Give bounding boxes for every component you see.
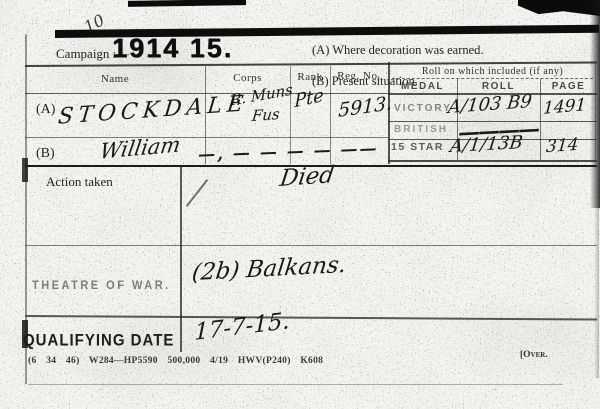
- qualifying-date-handwritten: 17-7-15.: [194, 308, 290, 346]
- medal-row-star-label: 15 STAR: [391, 141, 444, 153]
- grid-line: [25, 137, 388, 138]
- row-a-reg-no-handwritten: 5913.: [338, 92, 393, 122]
- grid-vline-action-divider: [180, 166, 182, 352]
- row-b-label: (B): [36, 146, 55, 162]
- qualifying-date-label: QUALIFYING DATE: [23, 331, 174, 350]
- medal-column-header: MEDAL: [388, 81, 457, 92]
- roll-included-header: Roll on which included (if any): [388, 66, 597, 77]
- medal-row-victory-page: 1491: [543, 95, 587, 119]
- where-decoration-note: (A) Where decoration was earned.: [312, 43, 484, 58]
- theatre-of-war-label: THEATRE OF WAR.: [32, 280, 171, 293]
- row-b-name-handwritten: William: [98, 132, 182, 163]
- column-header-reg-no: Reg. No.: [330, 70, 388, 82]
- grid-vline-right-edge: [595, 62, 596, 162]
- page-column-header: PAGE: [540, 81, 597, 92]
- scan-artifact-top-right-blob: [518, 0, 600, 16]
- rule-action-bottom: [25, 245, 597, 246]
- column-header-name: Name: [25, 73, 205, 85]
- row-a-name-handwritten: STOCKDALE: [57, 91, 249, 130]
- medal-row-star-roll: A/1/13B: [449, 132, 524, 157]
- action-taken-handwritten: Died: [278, 162, 336, 192]
- column-header-rank: Rank: [290, 71, 330, 83]
- action-taken-label: Action taken: [46, 174, 113, 190]
- row-a-rank-handwritten: Pte: [294, 85, 323, 113]
- scan-artifact-right-edge: [590, 0, 600, 208]
- scan-artifact-top-strip: [128, 0, 246, 7]
- grid-line: [388, 160, 597, 162]
- row-a-corps-line2-handwritten: Fus: [251, 105, 281, 125]
- roll-included-underline: [392, 78, 593, 79]
- medal-row-victory-roll: A/103 B9: [447, 91, 533, 118]
- medal-row-star-page: 314: [545, 135, 579, 157]
- over-note: [Over.: [520, 350, 548, 360]
- pen-slash-mark: [186, 179, 209, 207]
- card-bottom-edge: [28, 384, 563, 385]
- row-b-dash-scrawl: —, — — — — ——: [198, 139, 379, 165]
- scan-artifact-right-edge-faint: [594, 208, 599, 378]
- card-left-border-blot: [22, 158, 28, 182]
- row-a-label: (A): [36, 102, 55, 118]
- campaign-value: 1914 15.: [112, 33, 233, 64]
- handwritten-corner-note: 10: [81, 10, 108, 36]
- theatre-of-war-handwritten: (2b) Balkans.: [190, 252, 347, 286]
- printer-code-footer: (6 34 46) W284—HP5590 500,000 4/19 HWV(P…: [28, 356, 323, 366]
- medal-index-card-scan: 10 Campaign :— 1914 15. (A) Where decora…: [0, 0, 600, 409]
- medal-row-victory-label: VICTORY: [394, 103, 452, 114]
- rule-theatre-bottom: [25, 315, 597, 320]
- scan-smudge: [430, 290, 600, 390]
- medal-row-british-label: BRITISH: [394, 124, 448, 135]
